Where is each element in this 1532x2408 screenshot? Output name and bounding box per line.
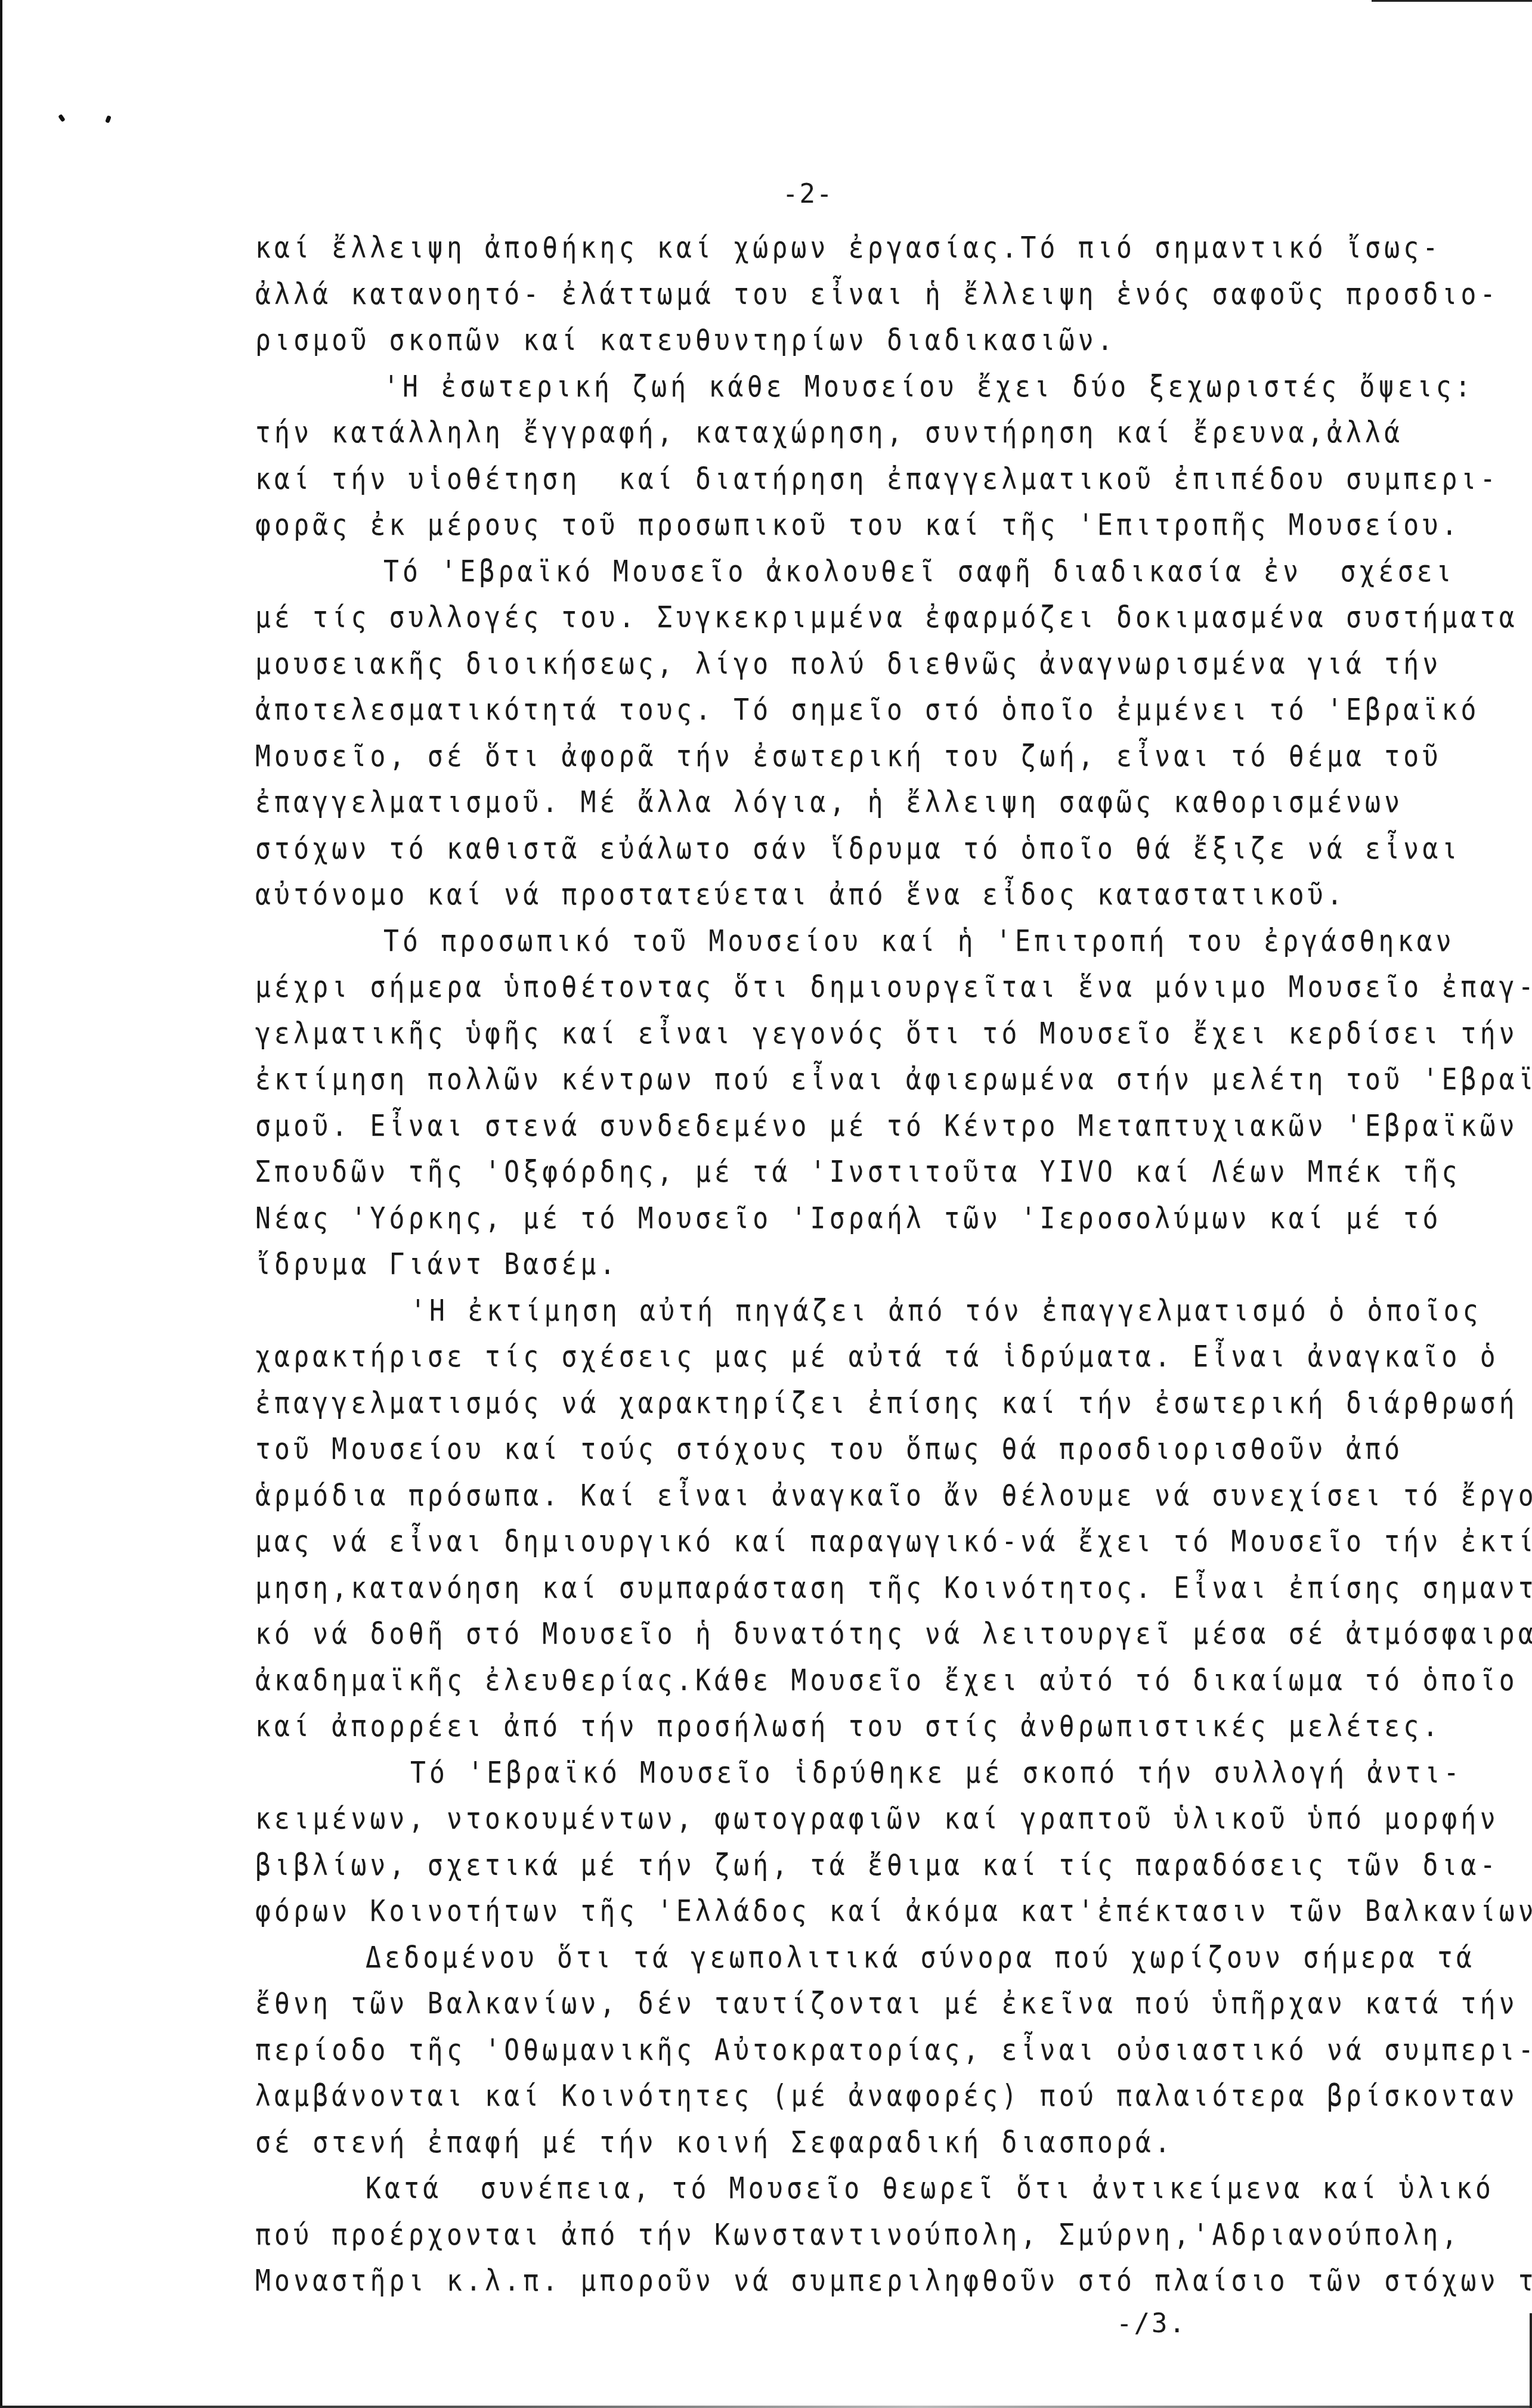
- text-line: ἔθνη τῶν Βαλκανίων, δέν ταυτίζονται μέ ἐ…: [255, 1978, 1496, 2031]
- text-line: ἐπαγγελματισμοῦ. Μέ ἄλλα λόγια, ἡ ἔλλειψ…: [255, 776, 1496, 829]
- text-line: τοῦ Μουσείου καί τούς στόχους του ὅπως θ…: [255, 1423, 1496, 1476]
- text-line: μέ τίς συλλογές του. Συγκεκριμμένα ἐφαρμ…: [255, 591, 1496, 644]
- text-line: τήν κατάλληλη ἔγγραφή, καταχώρηση, συντή…: [255, 407, 1496, 460]
- text-line: Κατά συνέπεια, τό Μουσεῖο θεωρεῖ ὅτι ἀντ…: [255, 2162, 1496, 2215]
- text-line: ἴδρυμα Γιάντ Βασέμ.: [255, 1238, 1496, 1291]
- text-line: μέχρι σήμερα ὑποθέτοντας ὅτι δημιουργεῖτ…: [255, 961, 1496, 1014]
- text-line: στόχων τό καθιστᾶ εὐάλωτο σάν ἵδρυμα τό …: [255, 823, 1496, 876]
- text-line: ἐκτίμηση πολλῶν κέντρων πού εἶναι ἀφιερω…: [255, 1053, 1496, 1107]
- text-line: Σπουδῶν τῆς 'Οξφόρδης, μέ τά 'Ινστιτοῦτα…: [255, 1146, 1496, 1199]
- text-line: Τό προσωπικό τοῦ Μουσείου καί ἡ 'Επιτροπ…: [255, 915, 1496, 968]
- text-line: σμοῦ. Εἶναι στενά συνδεδεμένο μέ τό Κέντ…: [255, 1100, 1496, 1153]
- text-line: φόρων Κοινοτήτων τῆς 'Ελλάδος καί ἀκόμα …: [255, 1885, 1496, 1938]
- text-line: περίοδο τῆς 'Οθωμανικῆς Αὐτοκρατορίας, ε…: [255, 2024, 1496, 2077]
- scan-speck-mark: [58, 114, 66, 122]
- document-body: καί ἔλλειψη ἀποθήκης καί χώρων ἐργασίας.…: [255, 225, 1496, 2305]
- text-line: ἁρμόδια πρόσωπα. Καί εἶναι ἀναγκαῖο ἄν θ…: [255, 1470, 1496, 1523]
- text-line: Μουσεῖο, σέ ὅτι ἀφορᾶ τήν ἐσωτερική του …: [255, 730, 1496, 783]
- text-line: ἀποτελεσματικότητά τους. Τό σημεῖο στό ὁ…: [255, 684, 1496, 737]
- text-line: καί ἔλλειψη ἀποθήκης καί χώρων ἐργασίας.…: [255, 222, 1496, 275]
- text-line: χαρακτήρισε τίς σχέσεις μας μέ αὐτά τά ἱ…: [255, 1331, 1496, 1384]
- scan-edge-right: [1530, 2313, 1532, 2408]
- text-line: σέ στενή ἐπαφή μέ τήν κοινή Σεφαραδική δ…: [255, 2116, 1496, 2170]
- text-line: Τό 'Εβραϊκό Μουσεῖο ἱδρύθηκε μέ σκοπό τή…: [255, 1747, 1496, 1800]
- text-line: Μοναστῆρι κ.λ.π. μποροῦν νά συμπεριληφθο…: [255, 2255, 1496, 2308]
- text-line: κό νά δοθῆ στό Μουσεῖο ἡ δυνατότης νά λε…: [255, 1608, 1496, 1661]
- scan-edge-top: [1372, 0, 1532, 2]
- text-line: βιβλίων, σχετικά μέ τήν ζωή, τά ἔθιμα κα…: [255, 1839, 1496, 1892]
- scan-edge-left: [0, 0, 2, 2408]
- text-line: καί ἀπορρέει ἀπό τήν προσήλωσή του στίς …: [255, 1700, 1496, 1753]
- text-line: λαμβάνονται καί Κοινότητες (μέ ἀναφορές)…: [255, 2070, 1496, 2123]
- text-line: ἀκαδημαϊκῆς ἐλευθερίας.Κάθε Μουσεῖο ἔχει…: [255, 1654, 1496, 1707]
- text-line: Νέας 'Υόρκης, μέ τό Μουσεῖο 'Ισραήλ τῶν …: [255, 1192, 1496, 1245]
- text-line: 'Η ἐσωτερική ζωή κάθε Μουσείου ἔχει δύο …: [255, 361, 1496, 414]
- scan-speck-mark: [105, 115, 112, 123]
- text-line: 'Η ἐκτίμηση αὐτή πηγάζει ἀπό τόν ἐπαγγελ…: [255, 1285, 1496, 1338]
- text-line: ρισμοῦ σκοπῶν καί κατευθυντηρίων διαδικα…: [255, 314, 1496, 367]
- text-line: καί τήν υἱοθέτηση καί διατήρηση ἐπαγγελμ…: [255, 453, 1496, 506]
- text-line: φορᾶς ἐκ μέρους τοῦ προσωπικοῦ του καί τ…: [255, 499, 1496, 552]
- text-line: Τό 'Εβραϊκό Μουσεῖο ἀκολουθεῖ σαφῆ διαδι…: [255, 546, 1496, 599]
- text-line: κειμένων, ντοκουμέντων, φωτογραφιῶν καί …: [255, 1793, 1496, 1846]
- text-line: ἀλλά κατανοητό- ἐλάττωμά του εἶναι ἡ ἔλλ…: [255, 268, 1496, 321]
- text-line: πού προέρχονται ἀπό τήν Κωνσταντινούπολη…: [255, 2209, 1496, 2262]
- text-line: μηση,κατανόηση καί συμπαράσταση τῆς Κοιν…: [255, 1562, 1496, 1615]
- text-line: ἐπαγγελματισμός νά χαρακτηρίζει ἐπίσης κ…: [255, 1377, 1496, 1430]
- scan-edge-bottom: [0, 2406, 1532, 2408]
- text-line: γελματικῆς ὑφῆς καί εἶναι γεγονός ὅτι τό…: [255, 1008, 1496, 1061]
- continuation-marker: -/3.: [1116, 2308, 1187, 2339]
- text-line: Δεδομένου ὅτι τά γεωπολιτικά σύνορα πού …: [255, 1932, 1496, 1985]
- page-number: -2-: [782, 179, 833, 209]
- text-line: αὐτόνομο καί νά προστατεύεται ἀπό ἕνα εἶ…: [255, 869, 1496, 922]
- text-line: μας νά εἶναι δημιουργικό καί παραγωγικό-…: [255, 1516, 1496, 1569]
- text-line: μουσειακῆς διοικήσεως, λίγο πολύ διεθνῶς…: [255, 638, 1496, 691]
